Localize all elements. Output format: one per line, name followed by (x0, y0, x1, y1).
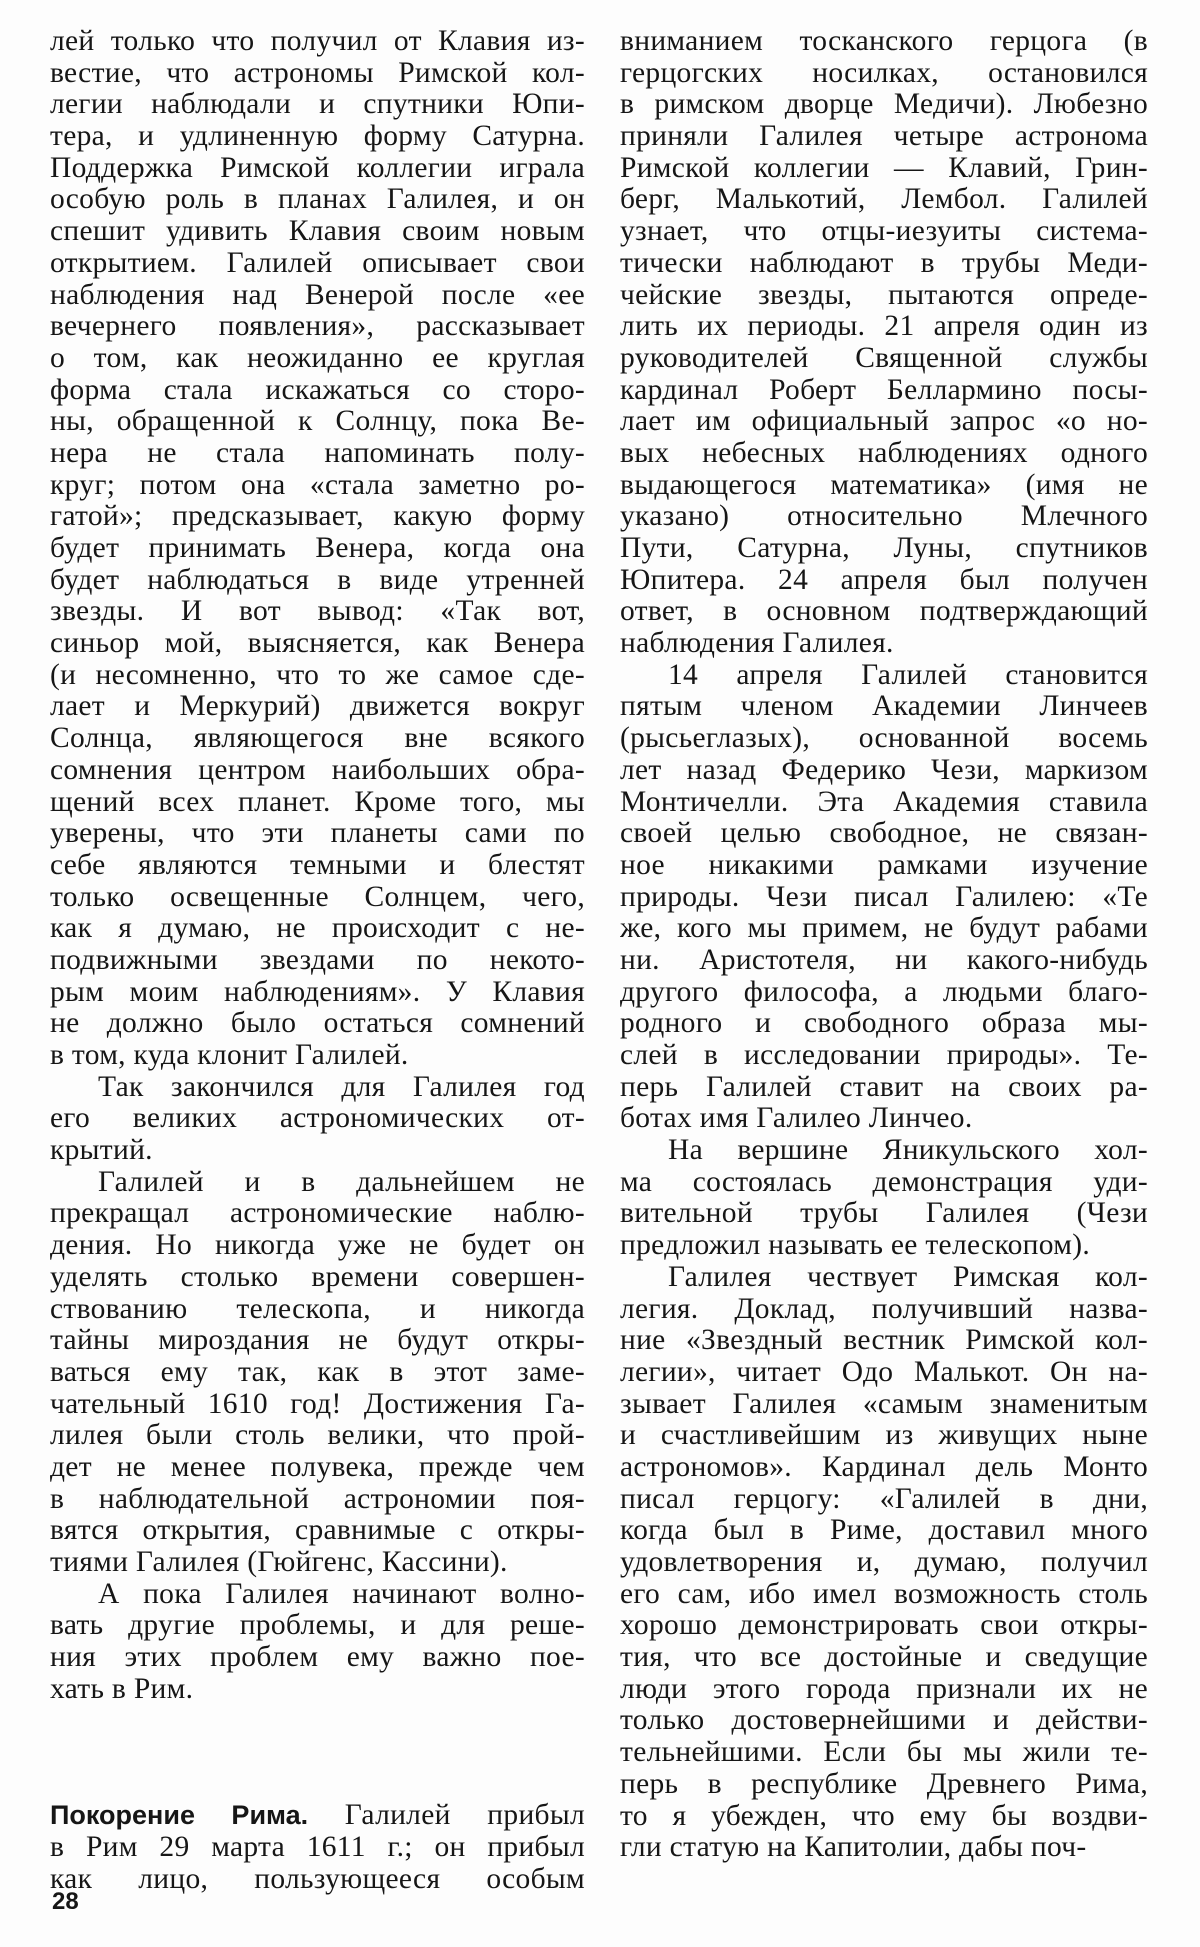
text-line: Галилей и в дальнейшем не (50, 1167, 585, 1199)
text-line: удовлетворения и, думаю, получил (620, 1547, 1148, 1579)
text-line: будет наблюдаться в виде утренней (50, 565, 585, 597)
text-line: люди этого города признали их не (620, 1674, 1148, 1706)
paragraph: А пока Галилея начинают волно-вать други… (50, 1579, 585, 1706)
text-line: чательный 1610 год! Достижения Га- (50, 1389, 585, 1421)
paragraph: вниманием тосканского герцога (вгерцогск… (620, 26, 1148, 660)
text-line: своей целью свободное, не связан- (620, 818, 1148, 850)
text-line: звезды. И вот вывод: «Так вот, (50, 596, 585, 628)
text-line: писал герцогу: «Галилей в дни, (620, 1484, 1148, 1516)
text-line: приняли Галилея четыре астронома (620, 121, 1148, 153)
text-line: легия. Доклад, получивший назва- (620, 1294, 1148, 1326)
text-line: ние «Звездный вестник Римской кол- (620, 1325, 1148, 1357)
text-line: ны, обращенной к Солнцу, пока Ве- (50, 406, 585, 438)
text-line: спешит удивить Клавия своим новым (50, 216, 585, 248)
text-line: вых небесных наблюдениях одного (620, 438, 1148, 470)
text-line: хорошо демонстрировать свои откры- (620, 1610, 1148, 1642)
text-line: подвижными звездами по некото- (50, 945, 585, 977)
text-line: легии наблюдали и спутники Юпи- (50, 89, 585, 121)
text-line: рым моим наблюдениям». У Клавия (50, 977, 585, 1009)
text-line: лить их периоды. 21 апреля один из (620, 311, 1148, 343)
text-line: лает им официальный запрос «о но- (620, 406, 1148, 438)
text-line: вестие, что астрономы Римской кол- (50, 58, 585, 90)
text-line: тайны мироздания не будут откры- (50, 1325, 585, 1357)
text-line: слей в исследовании природы». Те- (620, 1040, 1148, 1072)
text-line: прекращал астрономические наблю- (50, 1198, 585, 1230)
text-line: гатой»; предсказывает, какую форму (50, 501, 585, 533)
section-rome: Покорение Рима. Галилей прибылв Рим 29 м… (50, 1800, 585, 1895)
text-line: о том, как неожиданно ее круглая (50, 343, 585, 375)
paragraph: лей только что получил от Клавия из-вест… (50, 26, 585, 1072)
text-line: в Рим 29 марта 1611 г.; он прибыл (50, 1832, 585, 1864)
text-line: (и несомненно, что то же самое сде- (50, 660, 585, 692)
text-line: природы. Чези писал Галилею: «Те (620, 882, 1148, 914)
text-line: ния этих проблем ему важно пое- (50, 1642, 585, 1674)
paragraph: Галилей и в дальнейшем непрекращал астро… (50, 1167, 585, 1579)
paragraph: Так закончился для Галилея годего велики… (50, 1072, 585, 1167)
text-line: круг; потом она «стала заметно ро- (50, 470, 585, 502)
text-line: ствованию телескопа, и никогда (50, 1294, 585, 1326)
text-line: Солнца, являющегося вне всякого (50, 723, 585, 755)
text-line: его великих астрономических от- (50, 1103, 585, 1135)
text-line: как лицо, пользующееся особым (50, 1864, 585, 1896)
text-line: 14 апреля Галилей становится (620, 660, 1148, 692)
text-line: гли статую на Капитолии, дабы поч- (620, 1832, 1148, 1864)
text-line: его сам, ибо имел возможность столь (620, 1579, 1148, 1611)
text-line: форма стала искажаться со сторо- (50, 375, 585, 407)
text-line: лет назад Федерико Чези, маркизом (620, 755, 1148, 787)
text-line: сомнения центром наибольших обра- (50, 755, 585, 787)
text-line: Пути, Сатурна, Луны, спутников (620, 533, 1148, 565)
text-line: астрономов». Кардинал дель Монто (620, 1452, 1148, 1484)
text-line: тера, и удлиненную форму Сатурна. (50, 121, 585, 153)
text-line: Галилея чествует Римская кол- (620, 1262, 1148, 1294)
text-line: как я думаю, не происходит с не- (50, 913, 585, 945)
text-line: чейские звезды, пытаются опреде- (620, 280, 1148, 312)
page-number: 28 (52, 1888, 79, 1916)
text-line: вниманием тосканского герцога (в (620, 26, 1148, 58)
text-line: крытий. (50, 1135, 585, 1167)
text-line: Так закончился для Галилея год (50, 1072, 585, 1104)
text-line: и счастливейшим из живущих ныне (620, 1420, 1148, 1452)
text-line: то я убежден, что ему бы воздви- (620, 1801, 1148, 1833)
text-line: предложил называть ее телескопом). (620, 1230, 1148, 1262)
text-line: дет не менее полувека, прежде чем (50, 1452, 585, 1484)
text-line: ное никакими рамками изучение (620, 850, 1148, 882)
text-line: лей только что получил от Клавия из- (50, 26, 585, 58)
text-line: другого философа, а людьми благо- (620, 977, 1148, 1009)
text-line: узнает, что отцы-иезуиты система- (620, 216, 1148, 248)
text-line: наблюдения над Венерой после «ее (50, 280, 585, 312)
left-column: лей только что получил от Клавия из-вест… (50, 26, 585, 1896)
section-spacer (50, 1705, 585, 1800)
text-line: не должно было остаться сомнений (50, 1008, 585, 1040)
text-line: ни. Аристотеля, ни какого-нибудь (620, 945, 1148, 977)
text-line: только освещенные Солнцем, чего, (50, 882, 585, 914)
text-line: вать другие проблемы, и для реше- (50, 1610, 585, 1642)
text-line: ваться ему так, как в этот заме- (50, 1357, 585, 1389)
text-line: тия, что все достойные и сведущие (620, 1642, 1148, 1674)
text-line: На вершине Яникульского хол- (620, 1135, 1148, 1167)
text-line: же, кого мы примем, не будут рабами (620, 913, 1148, 945)
text-line: только достовернейшими и действи- (620, 1705, 1148, 1737)
text-line: легии», читает Одо Малькот. Он на- (620, 1357, 1148, 1389)
section-first-line: Покорение Рима. Галилей прибыл (50, 1800, 585, 1832)
text-line: щений всех планет. Кроме того, мы (50, 787, 585, 819)
text-line: в римском дворце Медичи). Любезно (620, 89, 1148, 121)
text-line: себе являются темными и блестят (50, 850, 585, 882)
text-line: Римской коллегии — Клавий, Грин- (620, 153, 1148, 185)
text-line: руководителей Священной службы (620, 343, 1148, 375)
paragraph: Галилея чествует Римская кол-легия. Докл… (620, 1262, 1148, 1864)
text-line: ответ, в основном подтверждающий (620, 596, 1148, 628)
text-line: лилея были столь велики, что прой- (50, 1420, 585, 1452)
text-line: тически наблюдают в трубы Меди- (620, 248, 1148, 280)
text-line: Юпитера. 24 апреля был получен (620, 565, 1148, 597)
text-line: вечернего появления», рассказывает (50, 311, 585, 343)
text-line: кардинал Роберт Беллармино посы- (620, 375, 1148, 407)
text-line: герцогских носилках, остановился (620, 58, 1148, 90)
paragraph: На вершине Яникульского хол-ма состоялас… (620, 1135, 1148, 1262)
text-line: тиями Галилея (Гюйгенс, Кассини). (50, 1547, 585, 1579)
text-line: А пока Галилея начинают волно- (50, 1579, 585, 1611)
text-line: зывает Галилея «самым знаменитым (620, 1389, 1148, 1421)
text-line: пятым членом Академии Линчеев (620, 691, 1148, 723)
text-line: указано) относительно Млечного (620, 501, 1148, 533)
text-line: синьор мой, выясняется, как Венера (50, 628, 585, 660)
text-line: (рысьеглазых), основанной восемь (620, 723, 1148, 755)
text-line: дения. Но никогда уже не будет он (50, 1230, 585, 1262)
text-line: уверены, что эти планеты сами по (50, 818, 585, 850)
text-line: берг, Малькотий, Лембол. Галилей (620, 184, 1148, 216)
text-line: ма состоялась демонстрация уди- (620, 1167, 1148, 1199)
text-line: уделять столько времени совершен- (50, 1262, 585, 1294)
text-line: ботах имя Галилео Линчео. (620, 1103, 1148, 1135)
book-page: лей только что получил от Клавия из-вест… (0, 0, 1200, 1947)
text-line: родного и свободного образа мы- (620, 1008, 1148, 1040)
text-line: наблюдения Галилея. (620, 628, 1148, 660)
text-line: лает и Меркурий) движется вокруг (50, 691, 585, 723)
text-line: тельнейшими. Если бы мы жили те- (620, 1737, 1148, 1769)
text-line: нера не стала напоминать полу- (50, 438, 585, 470)
text-line: хать в Рим. (50, 1674, 585, 1706)
text-line: в наблюдательной астрономии поя- (50, 1484, 585, 1516)
text-line: вятся открытия, сравнимые с откры- (50, 1515, 585, 1547)
text-line: выдающегося математика» (имя не (620, 470, 1148, 502)
text-line: перь Галилей ставит на своих ра- (620, 1072, 1148, 1104)
right-column: вниманием тосканского герцога (вгерцогск… (620, 26, 1148, 1864)
text-line: перь в республике Древнего Рима, (620, 1769, 1148, 1801)
text-line: будет принимать Венера, когда она (50, 533, 585, 565)
section-first-line-text: Галилей прибыл (345, 1800, 585, 1831)
text-line: Поддержка Римской коллегии играла (50, 153, 585, 185)
text-line: Монтичелли. Эта Академия ставила (620, 787, 1148, 819)
text-line: когда был в Риме, доставил много (620, 1515, 1148, 1547)
text-line: особую роль в планах Галилея, и он (50, 184, 585, 216)
section-heading: Покорение Рима. (50, 1800, 308, 1830)
text-line: вительной трубы Галилея (Чези (620, 1198, 1148, 1230)
text-line: открытием. Галилей описывает свои (50, 248, 585, 280)
text-line: в том, куда клонит Галилей. (50, 1040, 585, 1072)
paragraph: 14 апреля Галилей становитсяпятым членом… (620, 660, 1148, 1135)
